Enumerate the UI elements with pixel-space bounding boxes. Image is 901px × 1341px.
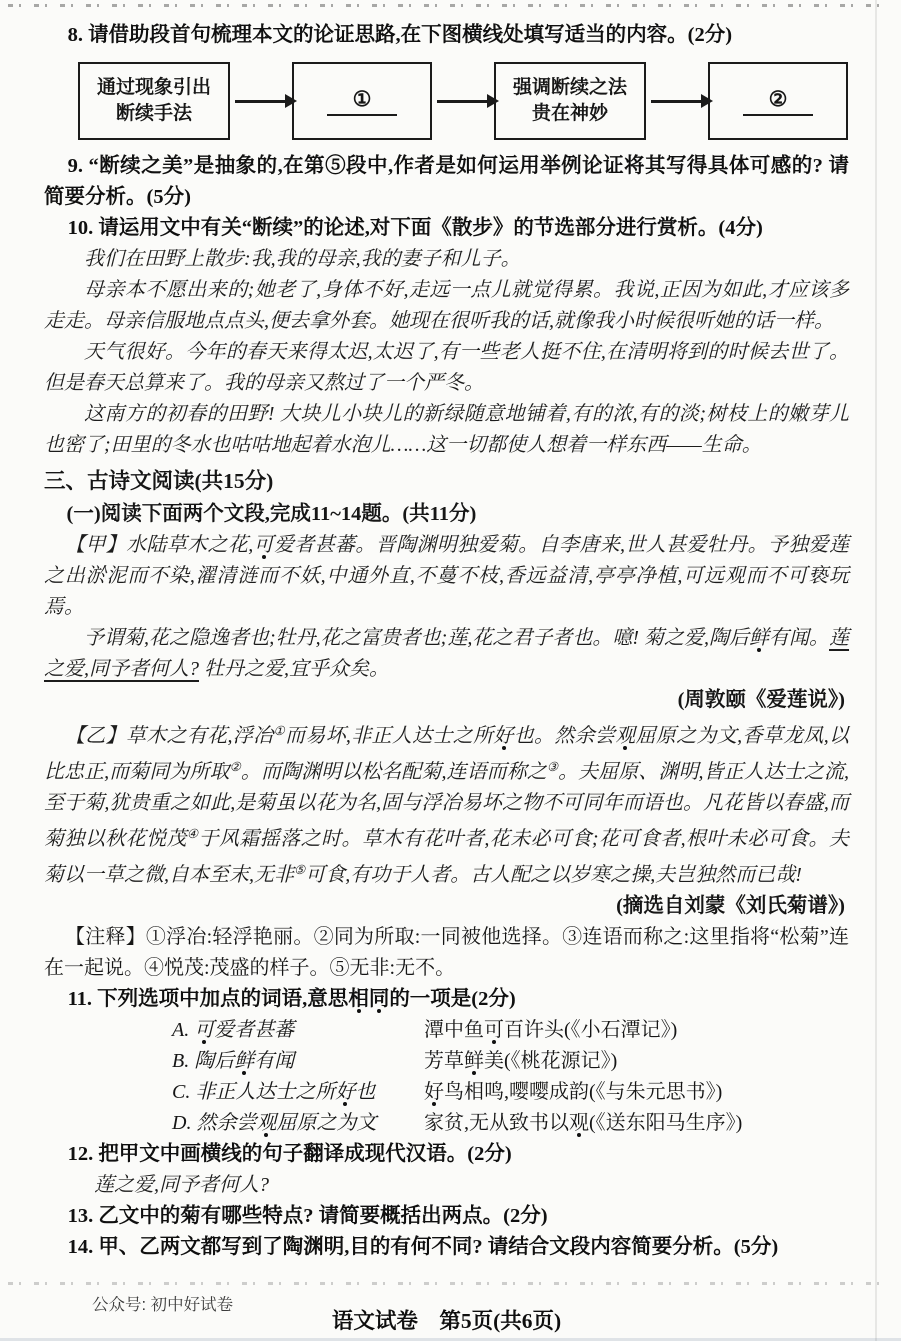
flow-box-3-line2: 贵在神妙 xyxy=(532,101,608,127)
section-heading: 三、古诗文阅读(共15分) xyxy=(44,466,849,497)
question-11-options: A. 可爱者甚蕃 潭中鱼可百许头(《小石潭记》) B. 陶后鲜有闻 芳草鲜美(《… xyxy=(172,1015,849,1139)
option-row-a: A. 可爱者甚蕃 潭中鱼可百许头(《小石潭记》) xyxy=(172,1015,849,1046)
question-13: 13. 乙文中的菊有哪些特点? 请简要概括出两点。(2分) xyxy=(44,1201,849,1232)
sanbu-paragraph-2: 母亲本不愿出来的;她老了,身体不好,走远一点儿就觉得累。我说,正因为如此,才应该… xyxy=(44,275,849,337)
blank-1-number: ① xyxy=(353,87,372,111)
sanbu-paragraph-4: 这南方的初春的田野! 大块儿小块儿的新绿随意地铺着,有的浓,有的淡;树枝上的嫩芽… xyxy=(44,399,849,461)
flow-arrow-icon xyxy=(437,100,489,103)
flow-box-1-line1: 通过现象引出 xyxy=(97,75,211,101)
option-c-right: 好鸟相鸣,嘤嘤成韵(《与朱元思书》) xyxy=(424,1077,849,1108)
passage-yi: 【乙】草木之有花,浮冶①而易坏,非正人达士之所好也。然余尝观屈原之为文,香草龙凤… xyxy=(44,716,849,891)
answer-blank-1: ① xyxy=(327,86,398,116)
annotations: 【注释】①浮冶:轻浮艳丽。②同为所取:一同被他选择。③连语而称之:这里指将“松菊… xyxy=(44,922,849,984)
option-row-c: C. 非正人达士之所好也 好鸟相鸣,嘤嘤成韵(《与朱元思书》) xyxy=(172,1077,849,1108)
question-9: 9. “断续之美”是抽象的,在第⑤段中,作者是如何运用举例论证将其写得具体可感的… xyxy=(44,151,849,213)
question-12-sentence: 莲之爱,同予者何人? xyxy=(44,1170,849,1201)
page-footer-area: 公众号: 初中好试卷 语文试卷 第5页(共6页) xyxy=(44,1291,849,1337)
question-12: 12. 把甲文中画横线的句子翻译成现代汉语。(2分) xyxy=(44,1139,849,1170)
answer-blank-2: ② xyxy=(743,86,814,116)
subsection-heading: (一)阅读下面两个文段,完成11~14题。(共11分) xyxy=(44,499,849,530)
option-a-right: 潭中鱼可百许头(《小石潭记》) xyxy=(424,1015,849,1046)
flow-arrow-icon xyxy=(235,100,287,103)
flow-box-3: 强调断续之法 贵在神妙 xyxy=(494,62,646,140)
scan-artifact-bottom xyxy=(8,1282,891,1285)
passage-jia-paragraph-1: 【甲】水陆草木之花,可爱者甚蕃。晋陶渊明独爱菊。自李唐来,世人甚爱牡丹。予独爱莲… xyxy=(44,530,849,623)
flow-box-1: 通过现象引出 断续手法 xyxy=(78,62,230,140)
passage-jia-paragraph-2: 予谓菊,花之隐逸者也;牡丹,花之富贵者也;莲,花之君子者也。噫! 菊之爱,陶后鲜… xyxy=(44,623,849,685)
option-d-right: 家贫,无从致书以观(《送东阳马生序》) xyxy=(424,1108,849,1139)
question-14: 14. 甲、乙两文都写到了陶渊明,目的有何不同? 请结合文段内容简要分析。(5分… xyxy=(44,1232,849,1263)
flow-box-blank-2: ② xyxy=(708,62,848,140)
flow-arrow-icon xyxy=(651,100,703,103)
option-b-left: B. 陶后鲜有闻 xyxy=(172,1046,424,1077)
flow-box-1-line2: 断续手法 xyxy=(116,101,192,127)
sanbu-paragraph-1: 我们在田野上散步:我,我的母亲,我的妻子和儿子。 xyxy=(44,244,849,275)
question-8: 8. 请借助段首句梳理本文的论证思路,在下图横线处填写适当的内容。(2分) xyxy=(44,20,849,51)
exam-page: 8. 请借助段首句梳理本文的论证思路,在下图横线处填写适当的内容。(2分) 通过… xyxy=(0,0,901,1341)
option-c-left: C. 非正人达士之所好也 xyxy=(172,1077,424,1108)
option-row-d: D. 然余尝观屈原之为文 家贫,无从致书以观(《送东阳马生序》) xyxy=(172,1108,849,1139)
attribution-jia: (周敦颐《爱莲说》) xyxy=(44,685,849,716)
blank-2-number: ② xyxy=(769,87,788,111)
flow-box-3-line1: 强调断续之法 xyxy=(513,75,627,101)
sanbu-paragraph-3: 天气很好。今年的春天来得太迟,太迟了,有一些老人挺不住,在清明将到的时候去世了。… xyxy=(44,337,849,399)
flow-box-blank-1: ① xyxy=(292,62,432,140)
option-row-b: B. 陶后鲜有闻 芳草鲜美(《桃花源记》) xyxy=(172,1046,849,1077)
scan-artifact-top xyxy=(8,4,891,7)
question-11: 11. 下列选项中加点的词语,意思相同的一项是(2分) xyxy=(44,984,849,1015)
option-d-left: D. 然余尝观屈原之为文 xyxy=(172,1108,424,1139)
flowchart-q8: 通过现象引出 断续手法 ① 强调断续之法 贵在神妙 ② xyxy=(78,60,849,142)
option-b-right: 芳草鲜美(《桃花源记》) xyxy=(424,1046,849,1077)
page-number-label: 语文试卷 第5页(共6页) xyxy=(44,1304,849,1335)
option-a-left: A. 可爱者甚蕃 xyxy=(172,1015,424,1046)
attribution-yi: (摘选自刘蒙《刘氏菊谱》) xyxy=(44,891,849,922)
question-10: 10. 请运用文中有关“断续”的论述,对下面《散步》的节选部分进行赏析。(4分) xyxy=(44,213,849,244)
